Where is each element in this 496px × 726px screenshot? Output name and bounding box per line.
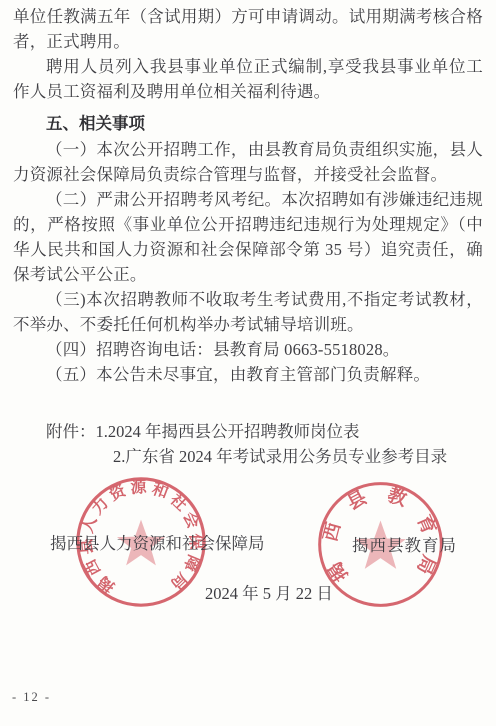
paragraph-continuation: 单位任教满五年（含试用期）方可申请调动。试用期满考核合格者，正式聘用。 [13, 4, 483, 54]
signature-hr-bureau: 揭西县人力资源和社会保障局 [50, 530, 265, 554]
attachments-label: 附件： [46, 422, 96, 441]
list-item-5: （五）本公告未尽事宜，由教育主管部门负责解释。 [13, 362, 483, 387]
signature-date: 2024 年 5 月 22 日 [205, 580, 333, 604]
section-heading: 五、相关事项 [13, 112, 483, 137]
list-item-4: （四）招聘咨询电话：县教育局 0663-5518028。 [13, 337, 483, 362]
attachments-block: 附件：1.2024 年揭西县公开招聘教师岗位表 2.广东省 2024 年考试录用… [13, 419, 483, 469]
document-body: 单位任教满五年（含试用期）方可申请调动。试用期满考核合格者，正式聘用。 聘用人员… [0, 0, 496, 469]
document-page: 单位任教满五年（含试用期）方可申请调动。试用期满考核合格者，正式聘用。 聘用人员… [0, 0, 496, 726]
list-item-1: （一）本次公开招聘工作，由县教育局负责组织实施，县人力资源社会保障局负责综合管理… [13, 137, 483, 187]
page-number: - 12 - [12, 690, 51, 705]
paragraph: 聘用人员列入我县事业单位正式编制,享受我县事业单位工作人员工资福利及聘用单位相关… [13, 54, 483, 104]
list-item-3: （三)本次招聘教师不收取考生考试费用,不指定考试教材，不举办、不委托任何机构举办… [13, 287, 483, 337]
attachment-item-2: 2.广东省 2024 年考试录用公务员专业参考目录 [113, 444, 483, 469]
signature-education-bureau: 揭西县教育局 [352, 532, 457, 556]
attachment-item-1: 1.2024 年揭西县公开招聘教师岗位表 [96, 422, 360, 441]
list-item-2: （二）严肃公开招聘考风考纪。本次招聘如有涉嫌违纪违规的，严格按照《事业单位公开招… [13, 187, 483, 287]
